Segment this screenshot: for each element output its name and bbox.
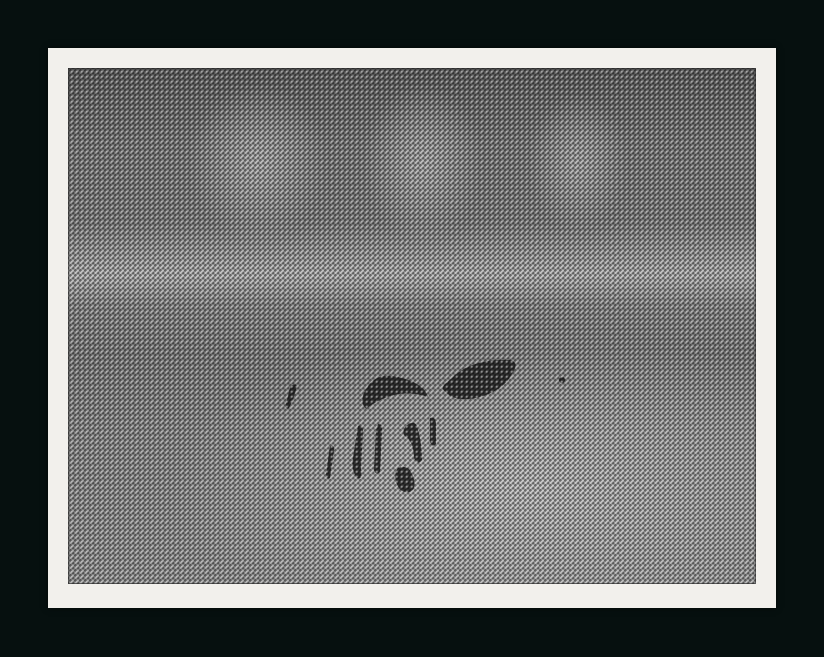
photo-card [48, 48, 776, 608]
halftone-highlights [68, 68, 756, 584]
halftone-photo [68, 68, 756, 584]
